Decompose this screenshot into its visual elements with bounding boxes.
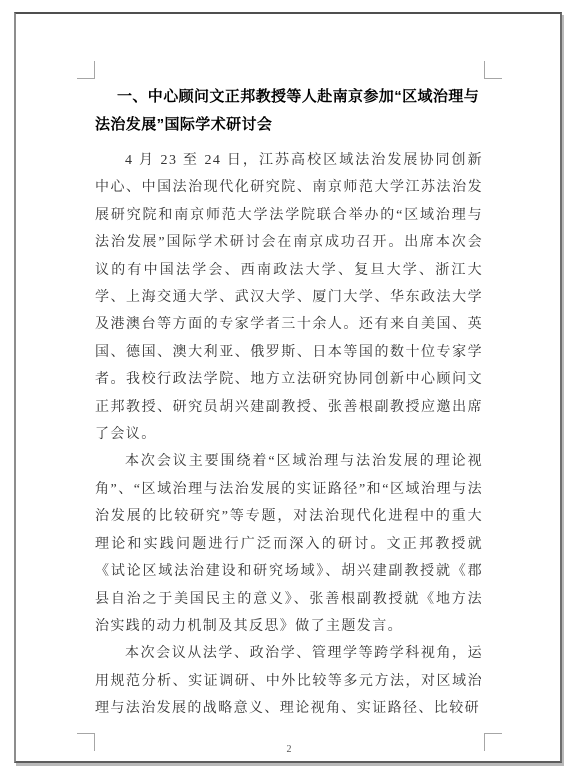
crop-mark-top-right [484,61,502,79]
crop-mark-top-left [77,61,95,79]
document-page: 一、中心顾问文正邦教授等人赴南京参加“区域治理与 法治发展”国际学术研讨会 4 … [14,12,562,763]
section-title-line-1: 一、中心顾问文正邦教授等人赴南京参加“区域治理与 [95,83,483,111]
paragraph-2: 本次会议主要围绕着“区域治理与法治发展的理论视角”、“区域治理与法治发展的实证路… [95,448,483,640]
paragraph-1: 4 月 23 至 24 日，江苏高校区域法治发展协同创新中心、中国法治现代化研究… [95,147,483,448]
crop-mark-bottom-right [484,733,502,751]
section-title: 一、中心顾问文正邦教授等人赴南京参加“区域治理与 法治发展”国际学术研讨会 [95,83,483,139]
page-number: 2 [95,744,483,755]
paragraph-3: 本次会议从法学、政治学、管理学等跨学科视角，运用规范分析、实证调研、中外比较等多… [95,640,483,722]
section-title-line-2: 法治发展”国际学术研讨会 [95,111,483,139]
text-body: 一、中心顾问文正邦教授等人赴南京参加“区域治理与 法治发展”国际学术研讨会 4 … [95,81,483,723]
document-canvas: 一、中心顾问文正邦教授等人赴南京参加“区域治理与 法治发展”国际学术研讨会 4 … [0,0,579,780]
crop-mark-bottom-left [77,733,95,751]
